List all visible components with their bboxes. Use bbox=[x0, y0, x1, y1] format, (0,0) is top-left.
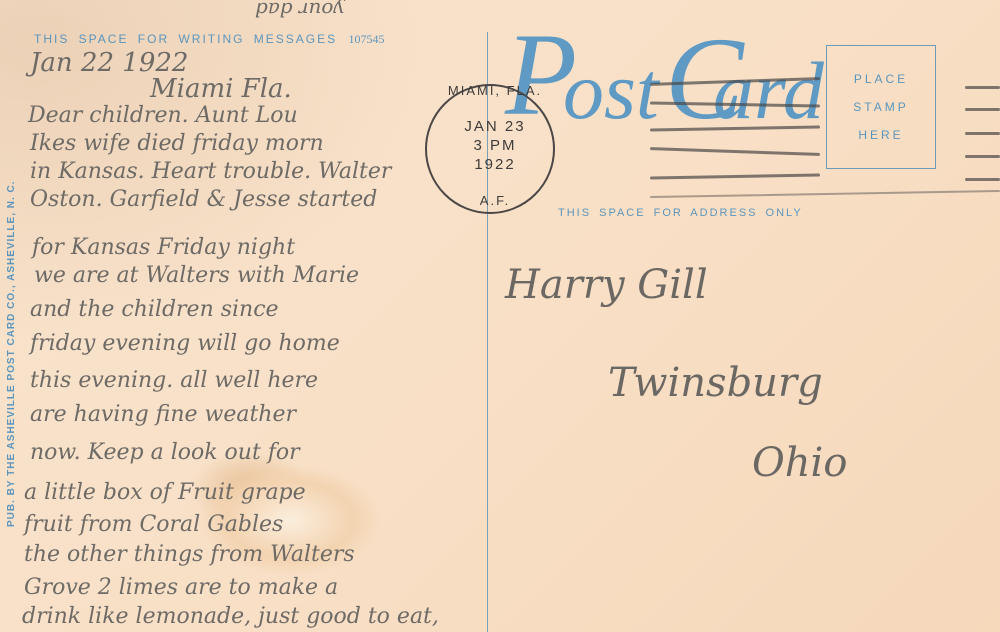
message-line: fruit from Coral Gables bbox=[24, 512, 283, 537]
message-space-header: THIS SPACE FOR WRITING MESSAGES 107545 bbox=[34, 32, 384, 47]
postmark-city: MIAMI, FLA. bbox=[445, 82, 545, 100]
card-number: 107545 bbox=[348, 32, 384, 46]
message-line: a little box of Fruit grape bbox=[24, 480, 306, 505]
message-line: Dear children. Aunt Lou bbox=[28, 103, 298, 128]
address-space-header: THIS SPACE FOR ADDRESS ONLY bbox=[558, 207, 803, 219]
handwritten-place: Miami Fla. bbox=[150, 74, 292, 104]
logo-ard: ard bbox=[713, 44, 824, 138]
message-line: for Kansas Friday night bbox=[32, 235, 295, 260]
recipient-state: Ohio bbox=[752, 440, 847, 486]
logo-ost: ost bbox=[563, 44, 659, 138]
message-line: and the children since bbox=[30, 297, 279, 322]
recipient-city: Twinsburg bbox=[608, 360, 823, 406]
message-header-label: THIS SPACE FOR WRITING MESSAGES bbox=[34, 32, 337, 46]
postmark-bottom: A.F. bbox=[460, 192, 530, 210]
stamp-line-3: HERE bbox=[858, 128, 903, 142]
message-line: the other things from Walters bbox=[24, 542, 355, 567]
message-line: Grove 2 limes are to make a bbox=[24, 575, 338, 600]
postmark-year: 1922 bbox=[455, 156, 535, 174]
message-line: we are at Walters with Marie bbox=[34, 263, 359, 288]
message-line: are having fine weather bbox=[30, 402, 296, 427]
postcard-back: your dad THIS SPACE FOR WRITING MESSAGES… bbox=[0, 0, 1000, 632]
message-line: in Kansas. Heart trouble. Walter bbox=[30, 159, 391, 184]
place-stamp-box: PLACE STAMP HERE bbox=[826, 45, 936, 169]
message-line: Oston. Garfield & Jesse started bbox=[30, 187, 377, 212]
message-line: friday evening will go home bbox=[30, 331, 340, 356]
message-line: drink like lemonade, just good to eat, bbox=[22, 604, 439, 629]
postmark-date: JAN 23 bbox=[455, 118, 535, 136]
recipient-name: Harry Gill bbox=[505, 262, 708, 308]
message-line: this evening. all well here bbox=[30, 368, 318, 393]
message-line: Ikes wife died friday morn bbox=[30, 131, 324, 156]
stamp-line-1: PLACE bbox=[854, 72, 908, 86]
message-line: now. Keep a look out for bbox=[30, 440, 300, 465]
postmark-time: 3 PM bbox=[455, 137, 535, 155]
publisher-credit: PUB. BY THE ASHEVILLE POST CARD CO., ASH… bbox=[6, 180, 17, 527]
handwritten-top-note: your dad bbox=[255, 0, 345, 22]
stamp-line-2: STAMP bbox=[853, 100, 908, 114]
